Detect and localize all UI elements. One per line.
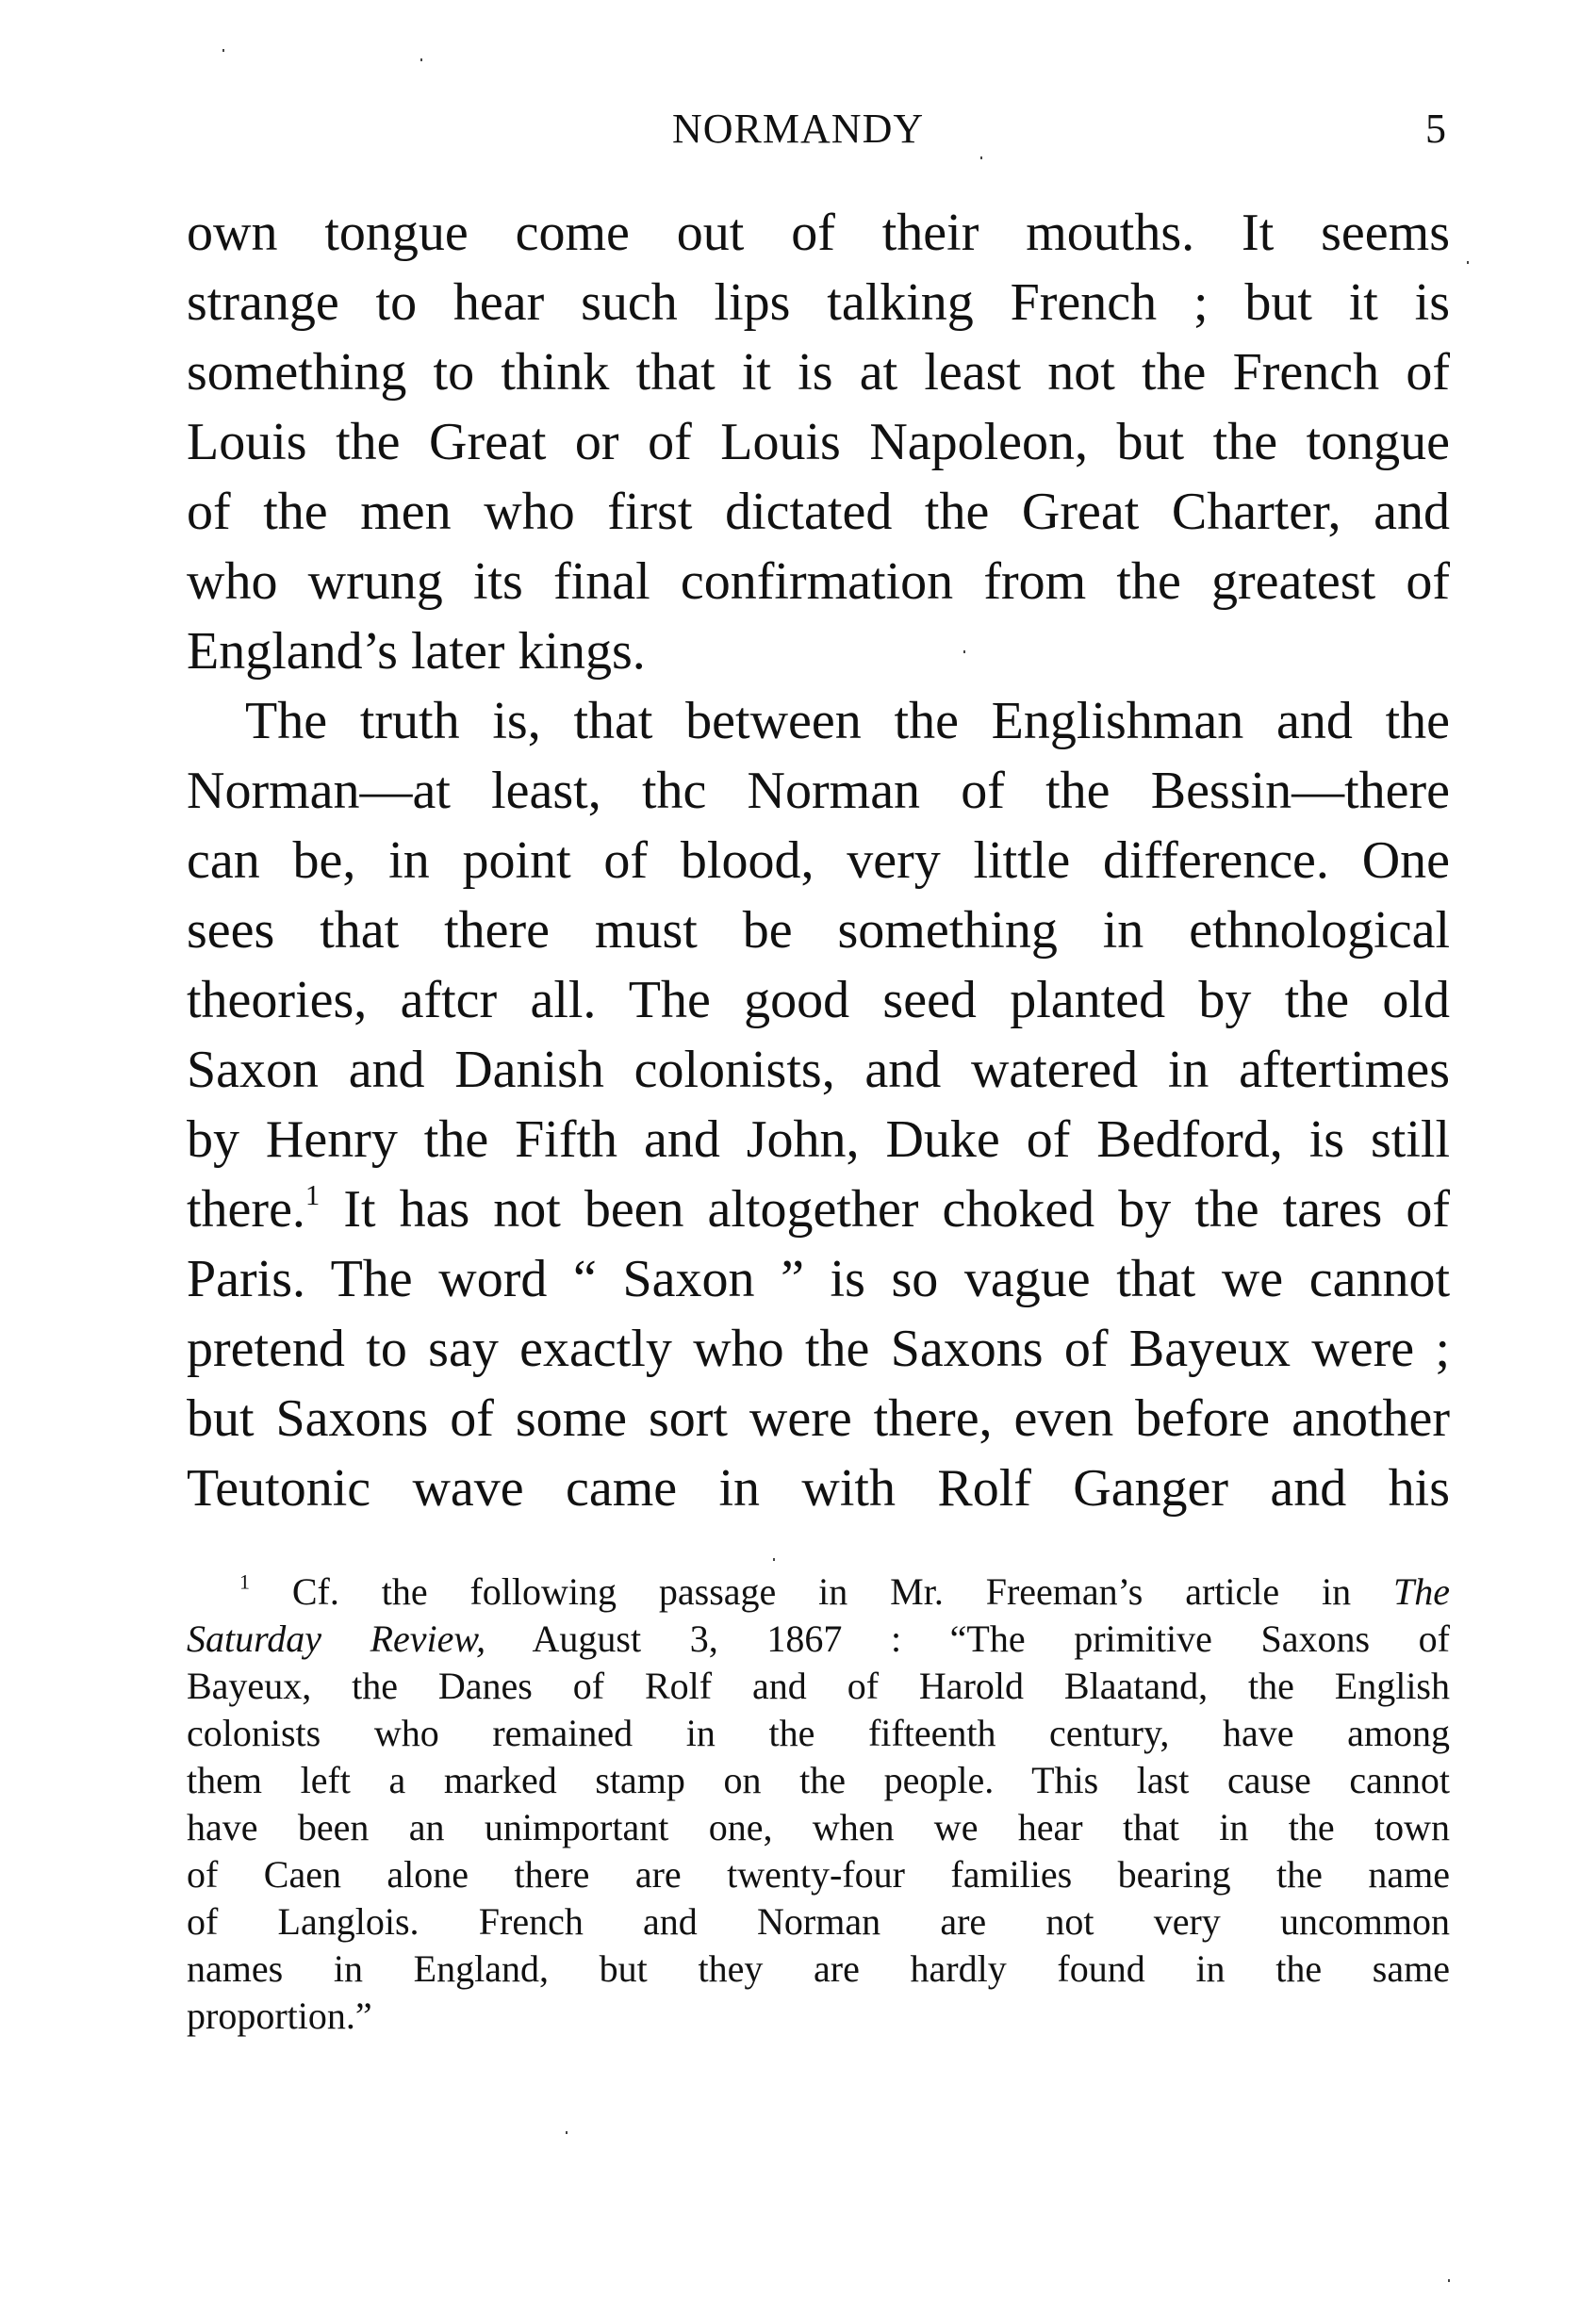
text-fragment: there.1 — [187, 1180, 320, 1239]
footnote-line: have been an unimportant one, when we he… — [187, 1804, 1450, 1851]
text-line: of the men who first dictated the Great … — [187, 477, 1450, 547]
footnote-line: Saturday Review, August 3, 1867 : “The p… — [187, 1616, 1450, 1663]
running-title: NORMANDY — [672, 106, 924, 153]
text-fragment-a: there. — [187, 1180, 305, 1239]
footnote-line: them left a marked stamp on the people. … — [187, 1757, 1450, 1804]
speck — [566, 2131, 568, 2134]
text-fragment: It has not been altogether choked by the… — [343, 1180, 1450, 1239]
text-line: who wrung its final confirmation from th… — [187, 547, 1450, 616]
text-line: Norman—at least, thc Norman of the Bessi… — [187, 756, 1450, 826]
speck — [773, 1558, 775, 1561]
text-line: pretend to say exactly who the Saxons of… — [187, 1314, 1450, 1384]
speck — [222, 49, 224, 52]
footnote: 1 Cf. the following passage in Mr. Freem… — [187, 1568, 1450, 2040]
text-line: Teutonic wave came in with Rolf Ganger a… — [187, 1453, 1450, 1523]
text-line: can be, in point of blood, very little d… — [187, 826, 1450, 895]
footnote-line: of Caen alone there are twenty-four fami… — [187, 1851, 1450, 1898]
paragraph-start-line: The truth is, that between the Englishma… — [187, 686, 1450, 756]
speck — [420, 58, 422, 61]
footnote-line: Bayeux, the Danes of Rolf and of Harold … — [187, 1663, 1450, 1710]
text-line: Louis the Great or of Louis Napoleon, bu… — [187, 407, 1450, 477]
text-line: theories, aftcr all. The good seed plant… — [187, 965, 1450, 1035]
text-line: something to think that it is at least n… — [187, 337, 1450, 407]
text-line: Paris. The word “ Saxon ” is so vague th… — [187, 1244, 1450, 1314]
speck — [1467, 261, 1469, 264]
footnote-line: 1 Cf. the following passage in Mr. Freem… — [187, 1568, 1450, 1616]
page-number: 5 — [1425, 106, 1446, 153]
footnote-italic-title: Saturday Review, — [187, 1618, 485, 1660]
footnote-italic-title: The — [1393, 1570, 1450, 1613]
speck — [1448, 2279, 1450, 2282]
footnote-line: colonists who remained in the fifteenth … — [187, 1710, 1450, 1757]
footnote-line: of Langlois. French and Norman are not v… — [187, 1898, 1450, 1946]
footnote-line: proportion.” — [187, 1993, 1450, 2040]
text-line: by Henry the Fifth and John, Duke of Bed… — [187, 1105, 1450, 1174]
footnote-text: Cf. the following passage in Mr. Freeman… — [292, 1570, 1351, 1613]
text-line: Saxon and Danish colonists, and watered … — [187, 1035, 1450, 1105]
speck — [963, 650, 965, 653]
footnote-line: names in England, but they are hardly fo… — [187, 1946, 1450, 1993]
footnote-text: August 3, 1867 : “The primitive Saxons o… — [533, 1618, 1451, 1660]
footnote-marker: 1 — [239, 1570, 250, 1594]
text-line: strange to hear such lips talking French… — [187, 268, 1450, 337]
text-line-with-footnote: there.1 It has not been altogether choke… — [187, 1174, 1450, 1244]
text-line: England’s later kings. — [187, 616, 1450, 686]
text-line: own tongue come out of their mouths. It … — [187, 198, 1450, 268]
main-text: own tongue come out of their mouths. It … — [187, 198, 1450, 1523]
speck — [980, 156, 982, 159]
text-line: but Saxons of some sort were there, even… — [187, 1384, 1450, 1453]
footnote-reference[interactable]: 1 — [305, 1179, 320, 1211]
running-head: NORMANDY 5 — [187, 106, 1450, 153]
text-line: sees that there must be something in eth… — [187, 895, 1450, 965]
